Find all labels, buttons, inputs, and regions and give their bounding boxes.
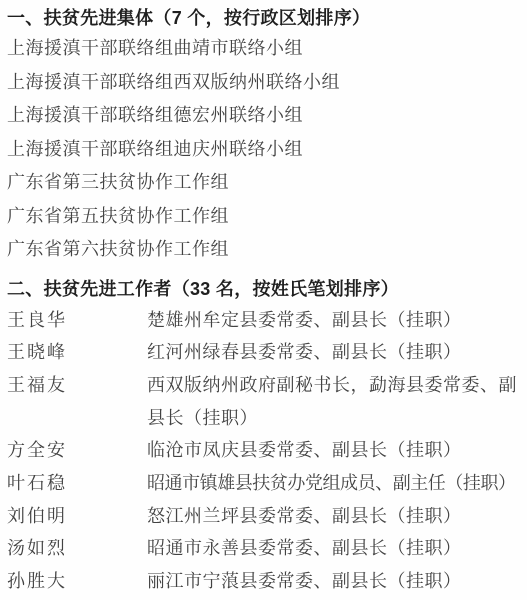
collective-list-item: 广东省第五扶贫协作工作组 [7,200,521,234]
worker-name: 王福友 [7,369,147,402]
worker-row: 孙胜大 丽江市宁蒗县委常委、副县长（挂职） [7,565,521,598]
worker-row: 叶石稳 昭通市镇雄县扶贫办党组成员、副主任（挂职） [7,467,521,500]
worker-row: 王福友 西双版纳州政府副秘书长，勐海县委常委、副县长（挂职） [7,369,521,434]
worker-position: 楚雄州牟定县委常委、副县长（挂职） [147,304,521,337]
collective-list-item: 上海援滇干部联络组曲靖市联络小组 [7,32,521,66]
worker-row: 汤如烈 昭通市永善县委常委、副县长（挂职） [7,532,521,565]
worker-name: 汤如烈 [7,532,147,565]
worker-name: 刘伯明 [7,500,147,533]
worker-row: 王晓峰 红河州绿春县委常委、副县长（挂职） [7,336,521,369]
section2-worker-list: 王良华 楚雄州牟定县委常委、副县长（挂职） 王晓峰 红河州绿春县委常委、副县长（… [7,304,521,598]
worker-row: 刘伯明 怒江州兰坪县委常委、副县长（挂职） [7,500,521,533]
section1-title: 一、扶贫先进集体（7 个，按行政区划排序） [7,6,521,30]
section1-collective-list: 上海援滇干部联络组曲靖市联络小组上海援滇干部联络组西双版纳州联络小组上海援滇干部… [7,32,521,267]
collective-list-item: 上海援滇干部联络组西双版纳州联络小组 [7,66,521,100]
worker-row: 王良华 楚雄州牟定县委常委、副县长（挂职） [7,304,521,337]
collective-list-item: 广东省第六扶贫协作工作组 [7,233,521,267]
worker-position: 昭通市镇雄县扶贫办党组成员、副主任（挂职） [147,467,521,500]
worker-position: 红河州绿春县委常委、副县长（挂职） [147,336,521,369]
section2-title: 二、扶贫先进工作者（33 名，按姓氏笔划排序） [7,277,521,301]
worker-position: 怒江州兰坪县委常委、副县长（挂职） [147,500,521,533]
worker-position: 丽江市宁蒗县委常委、副县长（挂职） [147,565,521,598]
worker-name: 叶石稳 [7,467,147,500]
worker-name: 王晓峰 [7,336,147,369]
worker-position: 临沧市凤庆县委常委、副县长（挂职） [147,434,521,467]
worker-name: 王良华 [7,304,147,337]
worker-name: 孙胜大 [7,565,147,598]
document-body: 一、扶贫先进集体（7 个，按行政区划排序） 上海援滇干部联络组曲靖市联络小组上海… [0,0,527,600]
collective-list-item: 上海援滇干部联络组德宏州联络小组 [7,99,521,133]
worker-position: 昭通市永善县委常委、副县长（挂职） [147,532,521,565]
worker-row: 方全安 临沧市凤庆县委常委、副县长（挂职） [7,434,521,467]
worker-position: 西双版纳州政府副秘书长，勐海县委常委、副县长（挂职） [147,369,521,434]
worker-name: 方全安 [7,434,147,467]
collective-list-item: 上海援滇干部联络组迪庆州联络小组 [7,133,521,167]
collective-list-item: 广东省第三扶贫协作工作组 [7,166,521,200]
